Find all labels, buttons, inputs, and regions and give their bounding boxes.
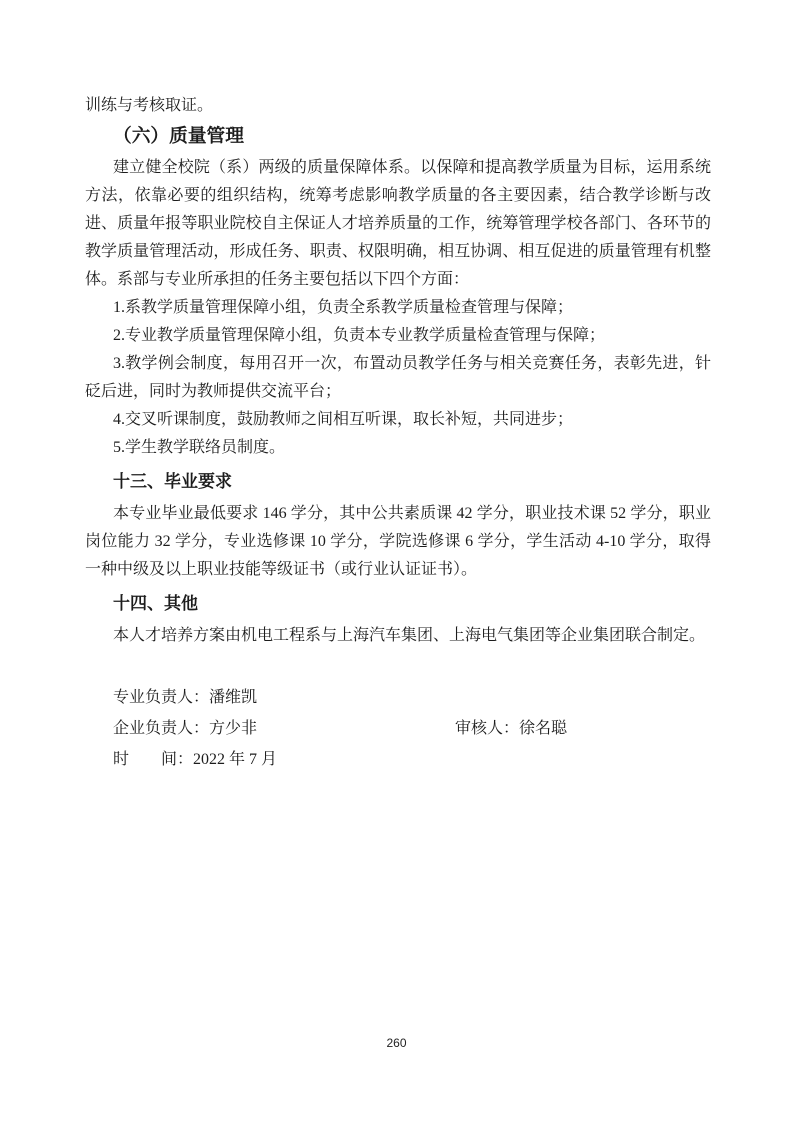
paragraph-joint-development: 本人才培养方案由机电工程系与上海汽车集团、上海电气集团等企业集团联合制定。: [85, 622, 711, 650]
paragraph-graduation-credits: 本专业毕业最低要求 146 学分，其中公共素质课 42 学分，职业技术课 52 …: [85, 500, 711, 584]
enterprise-lead-name: 方少非: [209, 720, 257, 737]
major-lead-name: 潘维凯: [209, 689, 257, 706]
time-label: 时 间：: [113, 751, 193, 768]
major-lead-entry: 专业负责人：潘维凯: [113, 682, 455, 713]
reviewer-entry: 审核人：徐名聪: [455, 720, 567, 737]
document-body: 训练与考核取证。 （六）质量管理 建立健全校院（系）两级的质量保障体系。以保障和…: [85, 92, 711, 775]
list-item-5: 5.学生教学联络员制度。: [85, 434, 711, 462]
heading-fourteen-other: 十四、其他: [85, 589, 711, 619]
document-page: 训练与考核取证。 （六）质量管理 建立健全校院（系）两级的质量保障体系。以保障和…: [0, 0, 793, 1122]
time-value: 2022 年 7 月: [193, 751, 277, 768]
list-item-3: 3.教学例会制度，每用召开一次，布置动员教学任务与相关竞赛任务，表彰先进，针砭后…: [85, 350, 711, 406]
paragraph-continuation: 训练与考核取证。: [85, 92, 711, 120]
signature-row-time: 时 间：2022 年 7 月: [85, 744, 711, 775]
major-lead-label: 专业负责人：: [113, 689, 209, 706]
paragraph-quality-system: 建立健全校院（系）两级的质量保障体系。以保障和提高教学质量为目标，运用系统方法，…: [85, 154, 711, 294]
signature-block: 专业负责人：潘维凯 企业负责人：方少非审核人：徐名聪 时 间：2022 年 7 …: [85, 682, 711, 775]
heading-section-six-quality-management: （六）质量管理: [85, 122, 711, 152]
reviewer-name: 徐名聪: [519, 720, 567, 737]
heading-thirteen-graduation-requirements: 十三、毕业要求: [85, 467, 711, 497]
reviewer-label: 审核人：: [455, 720, 519, 737]
enterprise-lead-label: 企业负责人：: [113, 720, 209, 737]
signature-row-major-lead: 专业负责人：潘维凯: [85, 682, 711, 713]
enterprise-lead-entry: 企业负责人：方少非: [113, 713, 455, 744]
signature-row-enterprise-lead: 企业负责人：方少非审核人：徐名聪: [85, 713, 711, 744]
list-item-4: 4.交叉听课制度，鼓励教师之间相互听课，取长补短，共同进步；: [85, 406, 711, 434]
list-item-1: 1.系教学质量管理保障小组，负责全系教学质量检查管理与保障；: [85, 294, 711, 322]
page-number: 260: [0, 1036, 793, 1050]
time-entry: 时 间：2022 年 7 月: [113, 744, 455, 775]
list-item-2: 2.专业教学质量管理保障小组，负责本专业教学质量检查管理与保障；: [85, 322, 711, 350]
